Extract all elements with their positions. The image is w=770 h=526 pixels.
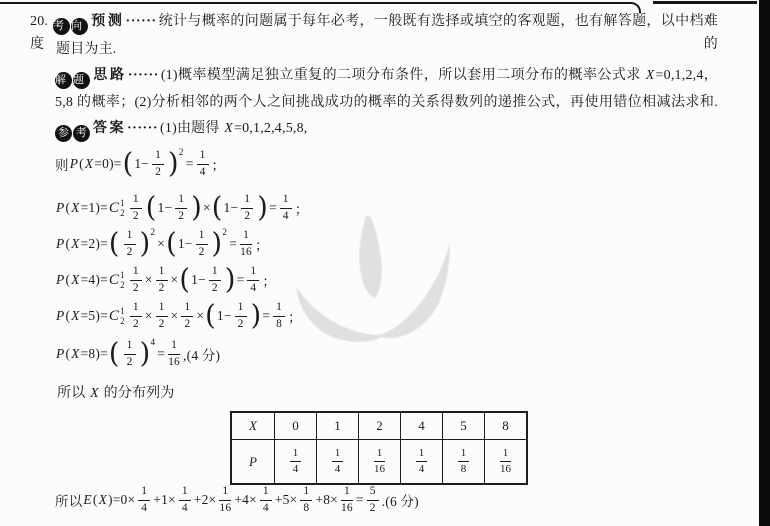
- math-variable: E: [82, 492, 92, 508]
- approach-label: 思路: [93, 68, 127, 83]
- fraction: 12: [152, 149, 164, 180]
- table-row: P14141161418116: [231, 440, 527, 485]
- text-run: 1−: [217, 308, 232, 324]
- math-variable: X: [84, 156, 94, 172]
- answer-badge: 参考: [55, 125, 90, 142]
- text-run: 1: [334, 418, 341, 434]
- fraction: 116: [240, 229, 252, 260]
- answer-intro-text: (1)由题得 X=0,1,2,4,5,8,: [160, 121, 308, 136]
- math-variable: X: [70, 346, 80, 362]
- fraction: 14: [138, 485, 150, 516]
- table-cell-content: 14: [275, 447, 316, 476]
- approach-text: (1)概率模型满足独立重复的二项分布条件，所以套用二项分布的概率公式求 X=0,…: [161, 68, 718, 83]
- text-run: ×: [171, 308, 179, 324]
- prediction-badge: 考向: [53, 18, 88, 35]
- text-run: ×: [171, 272, 179, 288]
- text-run: .(6 分): [382, 490, 419, 510]
- math-variable: X: [70, 272, 80, 288]
- text-run: 1−: [191, 272, 206, 288]
- table-cell: 14: [317, 440, 359, 485]
- math-variable: X: [645, 68, 656, 83]
- fraction: 12: [156, 301, 168, 332]
- text-run: ；: [295, 198, 309, 218]
- table-cell: P: [231, 440, 275, 485]
- leader-dots: ······: [127, 121, 158, 136]
- distribution-table: X012458P14141161418116: [230, 411, 528, 485]
- text-run: =: [237, 272, 245, 288]
- text-run: 1−: [178, 236, 193, 252]
- fraction: 116: [500, 447, 512, 476]
- formula-p-x-1: P(X=1)=C1212(1−12)×(1−12)=14；: [55, 190, 308, 226]
- fraction: 18: [273, 301, 285, 332]
- formula-p-x-4: P(X=4)=C1212×12×(1−12)=14；: [55, 262, 276, 298]
- text-run: =8)=: [81, 346, 108, 362]
- badge-char: 题: [73, 72, 90, 89]
- fraction: 116: [341, 485, 353, 516]
- table-row: X012458: [231, 412, 527, 440]
- table-cell-content: 0: [275, 418, 316, 434]
- text-run: =4)=: [81, 272, 108, 288]
- text-run: =: [356, 492, 364, 508]
- table-cell-content: X: [232, 418, 274, 434]
- table-cell: 2: [359, 412, 401, 440]
- combination-symbol: C12: [109, 198, 125, 219]
- table-cell-content: P: [232, 454, 274, 470]
- text-run: (1)概率模型满足独立重复的二项分布条件，所以套用二项分布的概率公式求: [161, 68, 645, 83]
- answer-paragraph-intro: 参考答案······(1)由题得 X=0,1,2,4,5,8,: [55, 119, 308, 142]
- approach-paragraph-line2: 5,8 的概率；(2)分析相邻的两个人之间挑战成功的概率的关系得数列的递推公式，…: [55, 93, 718, 113]
- left-paren: (: [145, 195, 158, 221]
- fraction: 12: [241, 193, 253, 224]
- left-paren: (: [165, 231, 178, 257]
- text-run: ×: [145, 308, 153, 324]
- table-cell-content: 116: [485, 447, 526, 476]
- fraction: 14: [197, 149, 209, 180]
- formula-p-x-8: P(X=8)=(12)4=116,(4 分): [55, 336, 220, 372]
- fraction: 12: [130, 193, 142, 224]
- text-run: 4: [418, 418, 425, 434]
- text-run: ×: [157, 236, 165, 252]
- formula-p-x-2: P(X=2)=(12)2×(1−12)2=116；: [55, 226, 269, 262]
- page-edge-band: [759, 0, 770, 526]
- badge-char: 考: [53, 18, 70, 35]
- leader-dots: ······: [128, 68, 159, 83]
- fraction: 12: [124, 229, 136, 260]
- fraction: 18: [458, 447, 470, 476]
- text-run: ×: [203, 200, 211, 216]
- top-rule-right: [653, 1, 757, 4]
- fraction: 52: [367, 485, 379, 516]
- text-run: =0,1,2,4,5,8,: [234, 121, 308, 136]
- text-run: 的分布列为: [100, 386, 175, 401]
- text-run: +1×: [153, 492, 176, 508]
- math-variable: P: [248, 454, 258, 470]
- fraction: 12: [130, 265, 142, 296]
- right-paren: ): [224, 267, 237, 293]
- math-variable: X: [70, 236, 80, 252]
- fraction: 116: [219, 485, 231, 516]
- distribution-intro: 所以 X 的分布列为: [57, 384, 175, 404]
- math-variable: X: [70, 308, 80, 324]
- text-run: =: [229, 236, 237, 252]
- table-cell-content: 18: [443, 447, 484, 476]
- text-run: =1)=: [81, 200, 108, 216]
- text-run: =2)=: [81, 236, 108, 252]
- left-paren: (: [108, 341, 121, 367]
- math-variable: P: [55, 346, 65, 362]
- text-run: =5)=: [81, 308, 108, 324]
- table-cell-content: 14: [317, 447, 358, 476]
- table-cell: 116: [359, 440, 401, 485]
- text-run: =: [157, 346, 165, 362]
- text-run: 1−: [224, 200, 239, 216]
- text-run: )=0×: [108, 492, 135, 508]
- math-variable: X: [223, 121, 234, 136]
- left-paren: (: [178, 267, 191, 293]
- fraction: 18: [300, 485, 312, 516]
- table-cell: 18: [443, 440, 485, 485]
- text-run: =: [262, 308, 270, 324]
- expectation-formula: 所以 E(X)=0×14+1×14+2×116+4×14+5×18+8×116=…: [55, 482, 419, 518]
- text-run: 所以: [57, 386, 89, 401]
- right-paren: ): [190, 195, 203, 221]
- text-run: =: [269, 200, 277, 216]
- badge-char: 解: [55, 72, 72, 89]
- text-run: (1)由题得: [160, 121, 223, 136]
- fraction: 14: [416, 447, 428, 476]
- math-variable: P: [55, 272, 65, 288]
- formula-p-x-0: 则 P(X=0)=(1−12)2=14；: [55, 146, 225, 182]
- fraction: 12: [196, 229, 208, 260]
- text-run: =0)=: [94, 156, 121, 172]
- table-cell: 8: [485, 412, 528, 440]
- combination-symbol: C12: [109, 270, 125, 291]
- right-paren: ): [250, 303, 263, 329]
- fraction: 12: [130, 301, 142, 332]
- right-paren: ): [139, 341, 152, 367]
- table-cell: 1: [317, 412, 359, 440]
- right-paren: ): [211, 231, 224, 257]
- fraction: 116: [168, 339, 180, 370]
- text-run: ；: [288, 306, 302, 326]
- text-run: 8: [502, 418, 509, 434]
- text-run: 5: [460, 418, 467, 434]
- fraction: 116: [374, 447, 386, 476]
- math-variable: X: [248, 418, 258, 434]
- table-cell: 116: [485, 440, 528, 485]
- text-run: +8×: [315, 492, 338, 508]
- table-cell: 5: [443, 412, 485, 440]
- approach-badge: 解题: [55, 72, 90, 89]
- text-run: ；: [255, 234, 269, 254]
- textbook-solution-page: 20.考向预测······统计与概率的问题属于每年必考，一般既有选择或填空的客观…: [0, 0, 770, 526]
- text-run: +5×: [275, 492, 298, 508]
- fraction: 14: [247, 265, 259, 296]
- formula-p-x-5: P(X=5)=C1212×12×12×(1−12)=18；: [55, 298, 302, 334]
- left-paren: (: [122, 151, 135, 177]
- table-cell: 14: [275, 440, 317, 485]
- badge-char: 考: [73, 125, 90, 142]
- text-run: ×: [145, 272, 153, 288]
- table-cell: 0: [275, 412, 317, 440]
- math-variable: X: [70, 200, 80, 216]
- problem-number: 20.: [30, 14, 48, 29]
- math-variable: P: [55, 236, 65, 252]
- fraction: 12: [124, 339, 136, 370]
- table-cell: 4: [401, 412, 443, 440]
- right-paren: ): [256, 195, 269, 221]
- fraction: 14: [290, 447, 302, 476]
- table-cell: X: [231, 412, 275, 440]
- fraction: 14: [332, 447, 344, 476]
- distribution-table-body: X012458P14141161418116: [231, 412, 527, 484]
- table-cell-content: 1: [317, 418, 358, 434]
- right-paren: ): [139, 231, 152, 257]
- leader-dots: ······: [126, 14, 157, 29]
- text-run: =: [186, 156, 194, 172]
- text-run: 1−: [158, 200, 173, 216]
- badge-char: 向: [71, 18, 88, 35]
- prediction-label: 预测: [91, 14, 124, 29]
- table-cell-content: 2: [359, 418, 400, 434]
- text-run: ；: [262, 270, 276, 290]
- prediction-paragraph-line1: 20.考向预测······统计与概率的问题属于每年必考，一般既有选择或填空的客观…: [30, 12, 718, 54]
- left-paren: (: [204, 303, 217, 329]
- table-cell-content: 8: [485, 418, 526, 434]
- math-variable: X: [98, 492, 108, 508]
- watermark-graphic: [288, 208, 463, 348]
- fraction: 12: [181, 301, 193, 332]
- text-run: 0: [292, 418, 299, 434]
- text-run: +4×: [234, 492, 257, 508]
- left-paren: (: [108, 231, 121, 257]
- combination-symbol: C12: [109, 306, 125, 327]
- fraction: 14: [280, 193, 292, 224]
- fraction: 12: [175, 193, 187, 224]
- left-paren: (: [211, 195, 224, 221]
- math-variable: P: [69, 156, 79, 172]
- fraction: 12: [235, 301, 247, 332]
- text-run: ；: [212, 154, 226, 174]
- table-cell-content: 5: [443, 418, 484, 434]
- text-run: 所以: [55, 490, 82, 510]
- fraction: 14: [260, 485, 272, 516]
- text-run: ×: [196, 308, 204, 324]
- math-variable: X: [89, 386, 100, 401]
- right-paren: ): [167, 151, 180, 177]
- fraction: 14: [179, 485, 191, 516]
- table-cell-content: 14: [401, 447, 442, 476]
- fraction: 12: [156, 265, 168, 296]
- text-run: 2: [376, 418, 383, 434]
- approach-paragraph-line1: 解题思路······(1)概率模型满足独立重复的二项分布条件，所以套用二项分布的…: [55, 66, 718, 89]
- fraction: 12: [209, 265, 221, 296]
- text-run: 则: [55, 154, 69, 174]
- math-variable: P: [55, 200, 65, 216]
- table-cell-content: 116: [359, 447, 400, 476]
- badge-char: 参: [55, 125, 72, 142]
- text-run: =0,1,2,4，: [656, 68, 718, 83]
- text-run: 1−: [134, 156, 149, 172]
- math-variable: P: [55, 308, 65, 324]
- text-run: ,(4 分): [183, 344, 220, 364]
- table-cell-content: 4: [401, 418, 442, 434]
- table-cell: 14: [401, 440, 443, 485]
- text-run: +2×: [194, 492, 217, 508]
- prediction-paragraph-line2: 题目为主.: [56, 40, 117, 60]
- answer-label: 答案: [93, 121, 126, 136]
